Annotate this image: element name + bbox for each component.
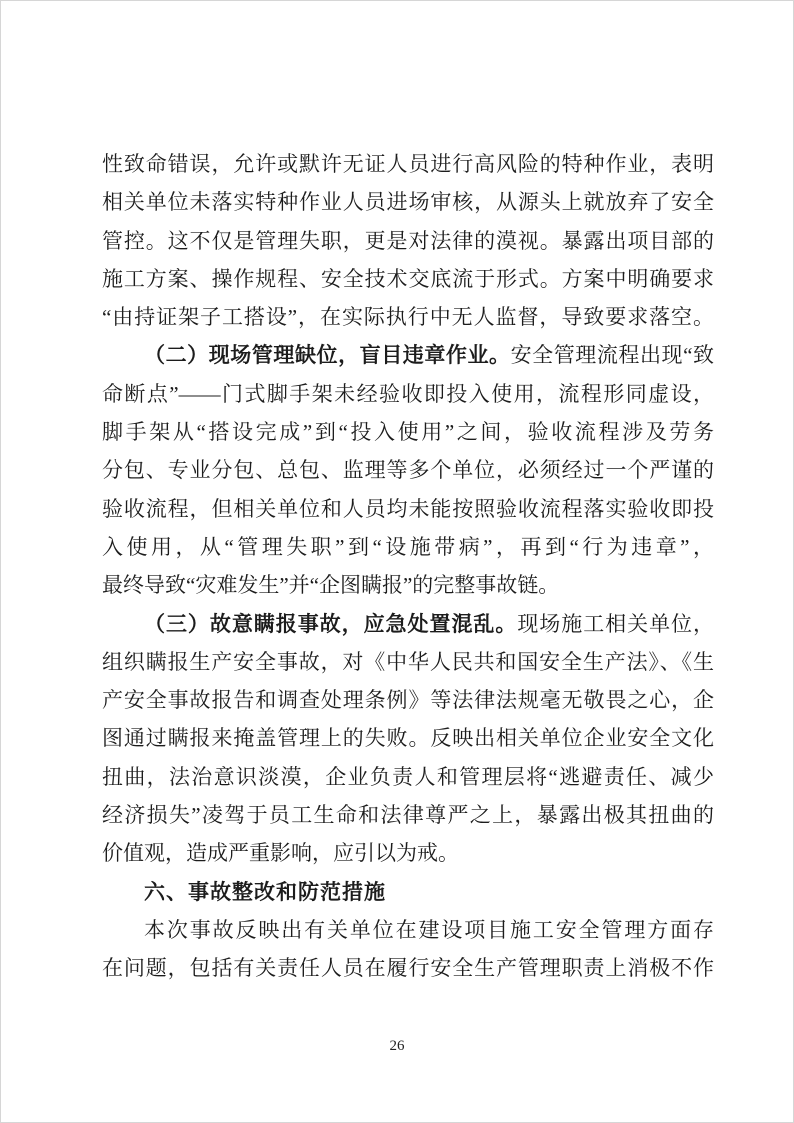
run-emphasis: （三）故意瞒报事故，应急处置混乱。 (144, 612, 517, 636)
text-line: 管控。这不仅是管理失职，更是对法律的漠视。暴露出项目部的 (102, 222, 714, 260)
run-text: “由持证架子工搭设”，在实际执行中无人监督，导致要求落空。 (102, 305, 714, 329)
text-line: （二）现场管理缺位，盲目违章作业。安全管理流程出现“致 (102, 336, 714, 374)
page-number: 26 (1, 1035, 793, 1057)
text-line: 组织瞒报生产安全事故，对《中华人民共和国安全生产法》、《生 (102, 643, 714, 681)
text-line: 验收流程，但相关单位和人员均未能按照验收流程落实验收即投 (102, 490, 714, 528)
text-line: 分包、专业分包、总包、监理等多个单位，必须经过一个严谨的 (102, 451, 714, 489)
text-line: “由持证架子工搭设”，在实际执行中无人监督，导致要求落空。 (102, 298, 714, 336)
text-line: 扭曲，法治意识淡漠，企业负责人和管理层将“逃避责任、减少 (102, 758, 714, 796)
text-line: 六、事故整改和防范措施 (102, 873, 714, 911)
run-text: 在问题，包括有关责任人员在履行安全生产管理职责上消极不作 (102, 956, 714, 980)
document-page: 性致命错误，允许或默许无证人员进行高风险的特种作业，表明相关单位未落实特种作业人… (0, 0, 794, 1123)
run-text: 价值观，造成严重影响，应引以为戒。 (102, 841, 459, 865)
text-line: 命断点”——门式脚手架未经验收即投入使用，流程形同虚设， (102, 375, 714, 413)
run-text: 组织瞒报生产安全事故，对《中华人民共和国安全生产法》、《生 (102, 650, 714, 674)
run-text: 脚手架从“搭设完成”到“投入使用”之间，验收流程涉及劳务 (102, 420, 714, 444)
run-text: 性致命错误，允许或默许无证人员进行高风险的特种作业，表明 (102, 152, 714, 176)
run-text: 扭曲，法治意识淡漠，企业负责人和管理层将“逃避责任、减少 (102, 765, 714, 789)
text-line: （三）故意瞒报事故，应急处置混乱。现场施工相关单位， (102, 605, 714, 643)
text-line: 施工方案、操作规程、安全技术交底流于形式。方案中明确要求 (102, 260, 714, 298)
run-text: 相关单位未落实特种作业人员进场审核，从源头上就放弃了安全 (102, 190, 714, 214)
paragraph-concealment: （三）故意瞒报事故，应急处置混乱。现场施工相关单位，组织瞒报生产安全事故，对《中… (102, 605, 714, 873)
run-text: 施工方案、操作规程、安全技术交底流于形式。方案中明确要求 (102, 267, 714, 291)
text-line: 脚手架从“搭设完成”到“投入使用”之间，验收流程涉及劳务 (102, 413, 714, 451)
run-text: 图通过瞒报来掩盖管理上的失败。反映出相关单位企业安全文化 (102, 726, 714, 750)
run-text: 管控。这不仅是管理失职，更是对法律的漠视。暴露出项目部的 (102, 229, 714, 253)
run-emphasis: 六、事故整改和防范措施 (144, 881, 386, 904)
text-line: 价值观，造成严重影响，应引以为戒。 (102, 834, 714, 872)
run-text: 最终导致“灾难发生”并“企图瞒报”的完整事故链。 (102, 573, 559, 597)
text-line: 最终导致“灾难发生”并“企图瞒报”的完整事故链。 (102, 566, 714, 604)
text-line: 产安全事故报告和调查处理条例》等法律法规毫无敬畏之心，企 (102, 681, 714, 719)
paragraph-rectification-intro: 本次事故反映出有关单位在建设项目施工安全管理方面存在问题，包括有关责任人员在履行… (102, 911, 714, 988)
paragraph-site-management: （二）现场管理缺位，盲目违章作业。安全管理流程出现“致命断点”——门式脚手架未经… (102, 336, 714, 604)
run-text: 现场施工相关单位， (517, 612, 714, 636)
run-text: 本次事故反映出有关单位在建设项目施工安全管理方面存 (144, 918, 714, 942)
text-line: 相关单位未落实特种作业人员进场审核，从源头上就放弃了安全 (102, 183, 714, 221)
text-line: 入使用，从“管理失职”到“设施带病”，再到“行为违章”， (102, 528, 714, 566)
text-line: 在问题，包括有关责任人员在履行安全生产管理职责上消极不作 (102, 949, 714, 987)
text-line: 经济损失”凌驾于员工生命和法律尊严之上，暴露出极其扭曲的 (102, 796, 714, 834)
section-heading: 六、事故整改和防范措施 (102, 873, 714, 911)
run-text: 验收流程，但相关单位和人员均未能按照验收流程落实验收即投 (102, 497, 714, 521)
paragraph-special-operations: 性致命错误，允许或默许无证人员进行高风险的特种作业，表明相关单位未落实特种作业人… (102, 145, 714, 336)
text-line: 本次事故反映出有关单位在建设项目施工安全管理方面存 (102, 911, 714, 949)
run-text: 产安全事故报告和调查处理条例》等法律法规毫无敬畏之心，企 (102, 688, 714, 712)
run-text: 分包、专业分包、总包、监理等多个单位，必须经过一个严谨的 (102, 458, 714, 482)
text-block: 性致命错误，允许或默许无证人员进行高风险的特种作业，表明相关单位未落实特种作业人… (102, 145, 714, 988)
text-line: 图通过瞒报来掩盖管理上的失败。反映出相关单位企业安全文化 (102, 719, 714, 757)
run-text: 安全管理流程出现“致 (511, 343, 714, 367)
run-text: 入使用，从“管理失职”到“设施带病”，再到“行为违章”， (102, 535, 714, 559)
text-line: 性致命错误，允许或默许无证人员进行高风险的特种作业，表明 (102, 145, 714, 183)
run-emphasis: （二）现场管理缺位，盲目违章作业。 (144, 343, 511, 367)
run-text: 经济损失”凌驾于员工生命和法律尊严之上，暴露出极其扭曲的 (102, 803, 714, 827)
run-text: 命断点”——门式脚手架未经验收即投入使用，流程形同虚设， (102, 382, 714, 406)
